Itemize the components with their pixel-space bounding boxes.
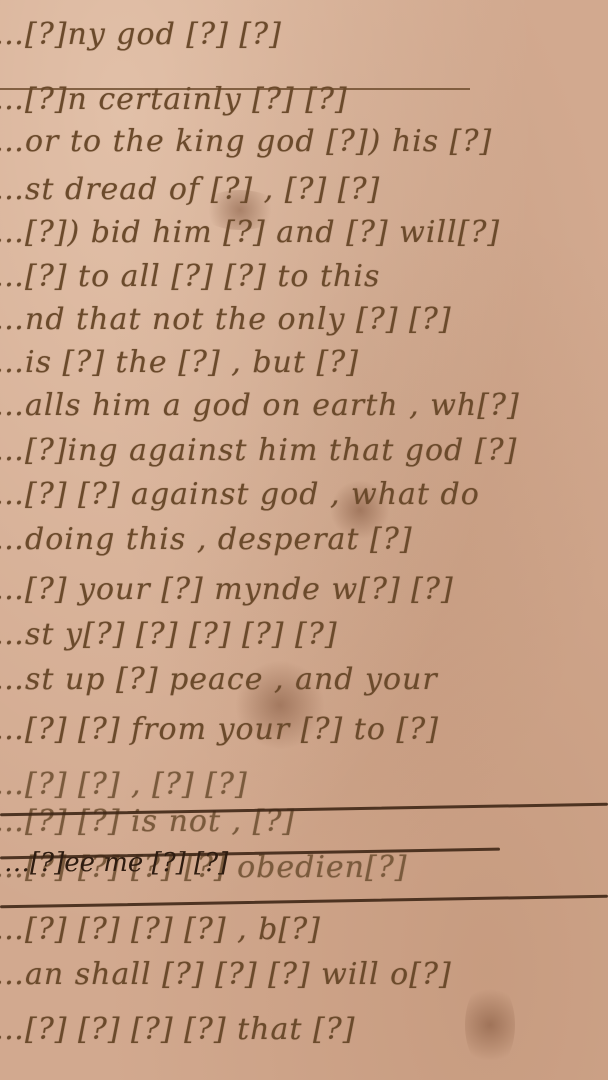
manuscript-page: …[?]ny god [?] [?]…[?]n certainly [?] [?… [0,0,608,1080]
manuscript-line: …alls him a god on earth , wh[?] [0,388,520,423]
marginal-insertion: …[?]ee me [?] [?] [4,848,228,878]
manuscript-line: …[?] your [?] mynde w[?] [?] [0,572,454,607]
manuscript-line: …is [?] the [?] , but [?] [0,345,359,380]
deleted-manuscript-line: …[?] [?] , [?] [?] [0,767,248,802]
manuscript-line: …st y[?] [?] [?] [?] [?] [0,617,338,652]
manuscript-line: …[?] [?] against god , what do [0,477,480,512]
manuscript-line: …doing this , desperat [?] [0,522,413,557]
strikethrough-line [0,895,608,909]
manuscript-line: …st dread of [?] , [?] [?] [0,172,380,207]
manuscript-line: …[?] [?] [?] [?] , b[?] [0,912,321,947]
ruled-line [0,88,470,90]
manuscript-line: …[?] to all [?] [?] to this [0,259,380,294]
manuscript-line: …st up [?] peace , and your [0,662,438,697]
manuscript-line: …nd that not the only [?] [?] [0,302,452,337]
manuscript-line: …[?]ny god [?] [?] [0,17,282,52]
ink-stain [465,980,515,1070]
manuscript-line: …[?] [?] from your [?] to [?] [0,712,439,747]
manuscript-line: …or to the king god [?]) his [?] [0,124,492,159]
manuscript-line: …[?]) bid him [?] and [?] will[?] [0,215,500,250]
manuscript-line: …[?]ing against him that god [?] [0,433,517,468]
manuscript-line: …[?] [?] [?] [?] that [?] [0,1012,355,1047]
manuscript-line: …an shall [?] [?] [?] will o[?] [0,957,452,992]
